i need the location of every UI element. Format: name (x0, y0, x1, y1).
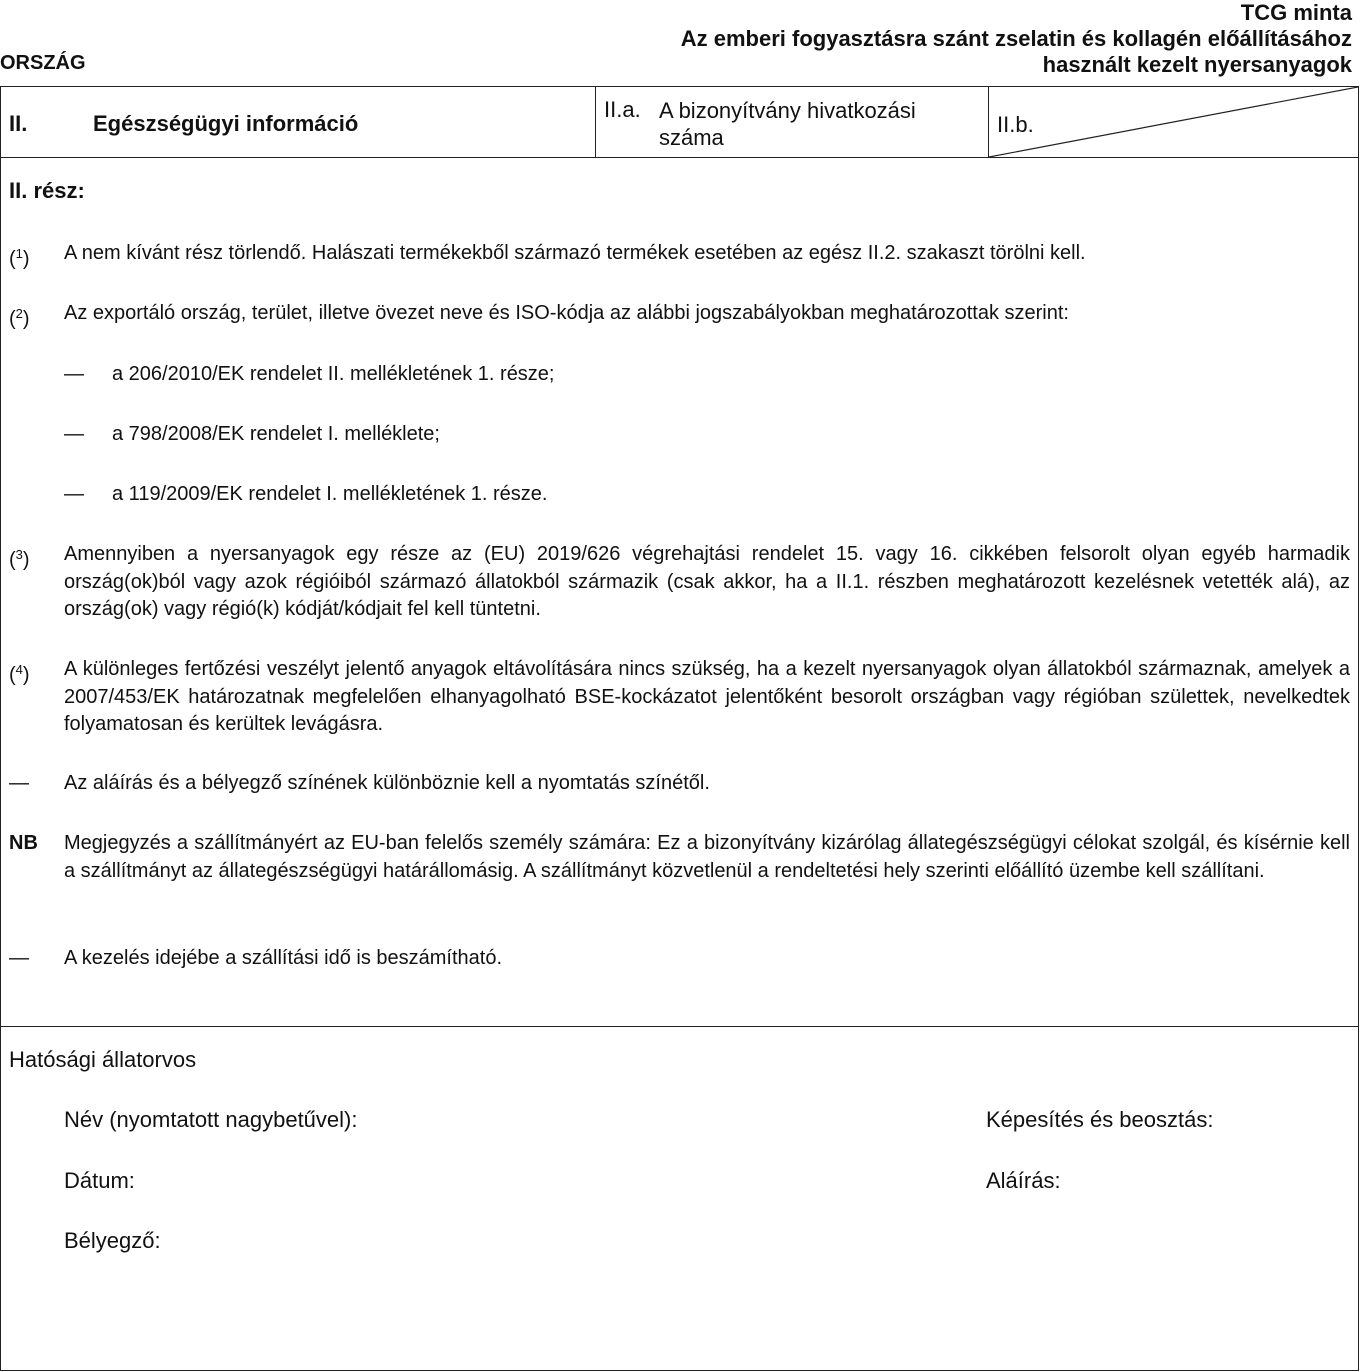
name-field-label: Név (nyomtatott nagybetűvel): (64, 1107, 357, 1133)
country-label: ORSZÁG (0, 52, 86, 75)
document-header: ORSZÁG TCG minta Az emberi fogyasztásra … (0, 0, 1360, 86)
section-title-cell: II. Egészségügyi információ (1, 87, 596, 157)
footnote-1: (1) A nem kívánt rész törlendő. Halászat… (9, 240, 1350, 268)
reference-number-cell: II.a. A bizonyítvány hivatkozási száma (596, 87, 989, 157)
iib-label: II.b. (997, 112, 1034, 138)
dash-bullet: — (64, 481, 84, 509)
footnote-text: A nem kívánt rész törlendő. Halászati te… (64, 240, 1350, 268)
dash-bullet: — (64, 361, 84, 389)
official-veterinarian-section: Hatósági állatorvos Név (nyomtatott nagy… (1, 1027, 1358, 1370)
footnote-text: Amennyiben a nyersanyagok egy része az (… (64, 541, 1350, 624)
note-text: Megjegyzés a szállítmányért az EU-ban fe… (64, 830, 1350, 885)
section-number: II. (9, 111, 27, 137)
footnote-marker: (2) (9, 300, 30, 334)
dash-bullet: — (9, 945, 29, 973)
regulation-text: a 798/2008/EK rendelet I. melléklete; (112, 421, 440, 449)
regulation-text: a 119/2009/EK rendelet I. mellékletének … (112, 481, 547, 509)
signature-field-label: Aláírás: (986, 1168, 1061, 1194)
official-veterinarian-title: Hatósági állatorvos (9, 1047, 196, 1073)
reference-number-label: A bizonyítvány hivatkozási száma (659, 97, 979, 151)
nb-marker: NB (9, 830, 38, 858)
nb-note: NB Megjegyzés a szállítmányért az EU-ban… (9, 830, 1350, 885)
footnote-marker: (4) (9, 656, 30, 690)
footnote-marker: (3) (9, 541, 30, 575)
model-subtitle-line-1: Az emberi fogyasztásra szánt zselatin és… (681, 26, 1352, 52)
footnote-text: A különleges fertőzési veszélyt jelentő … (64, 656, 1350, 739)
notes-section: II. rész: (1) A nem kívánt rész törlendő… (1, 158, 1358, 1027)
transport-time-note: — A kezelés idejébe a szállítási idő is … (9, 945, 1350, 973)
model-title-block: TCG minta Az emberi fogyasztásra szánt z… (681, 0, 1352, 78)
stamp-field-label: Bélyegző: (64, 1228, 161, 1254)
footnote-2: (2) Az exportáló ország, terület, illetv… (9, 300, 1350, 328)
model-subtitle-line-2: használt kezelt nyersanyagok (681, 52, 1352, 78)
footnote-3: (3) Amennyiben a nyersanyagok egy része … (9, 541, 1350, 624)
model-title: TCG minta (681, 0, 1352, 26)
certificate-frame: II. Egészségügyi információ II.a. A bizo… (0, 86, 1359, 1371)
iib-cell: II.b. (989, 87, 1358, 157)
diagonal-strike-line (989, 87, 1358, 157)
dash-bullet: — (9, 770, 29, 798)
regulation-text: a 206/2010/EK rendelet II. mellékletének… (112, 361, 555, 389)
footnote-4: (4) A különleges fertőzési veszélyt jele… (9, 656, 1350, 739)
footnote-marker: (1) (9, 240, 30, 274)
dash-bullet: — (64, 421, 84, 449)
footnote-text: Az exportáló ország, terület, illetve öv… (64, 300, 1350, 328)
note-text: A kezelés idejébe a szállítási idő is be… (64, 945, 1350, 973)
signature-color-note: — Az aláírás és a bélyegző színének külö… (9, 770, 1350, 798)
part-title: II. rész: (9, 178, 85, 204)
note-text: Az aláírás és a bélyegző színének különb… (64, 770, 1350, 798)
date-field-label: Dátum: (64, 1168, 135, 1194)
section-header-row: II. Egészségügyi információ II.a. A bizo… (1, 87, 1358, 158)
reference-number-code: II.a. (604, 97, 641, 123)
qualification-field-label: Képesítés és beosztás: (986, 1107, 1213, 1133)
section-title: Egészségügyi információ (93, 111, 358, 137)
